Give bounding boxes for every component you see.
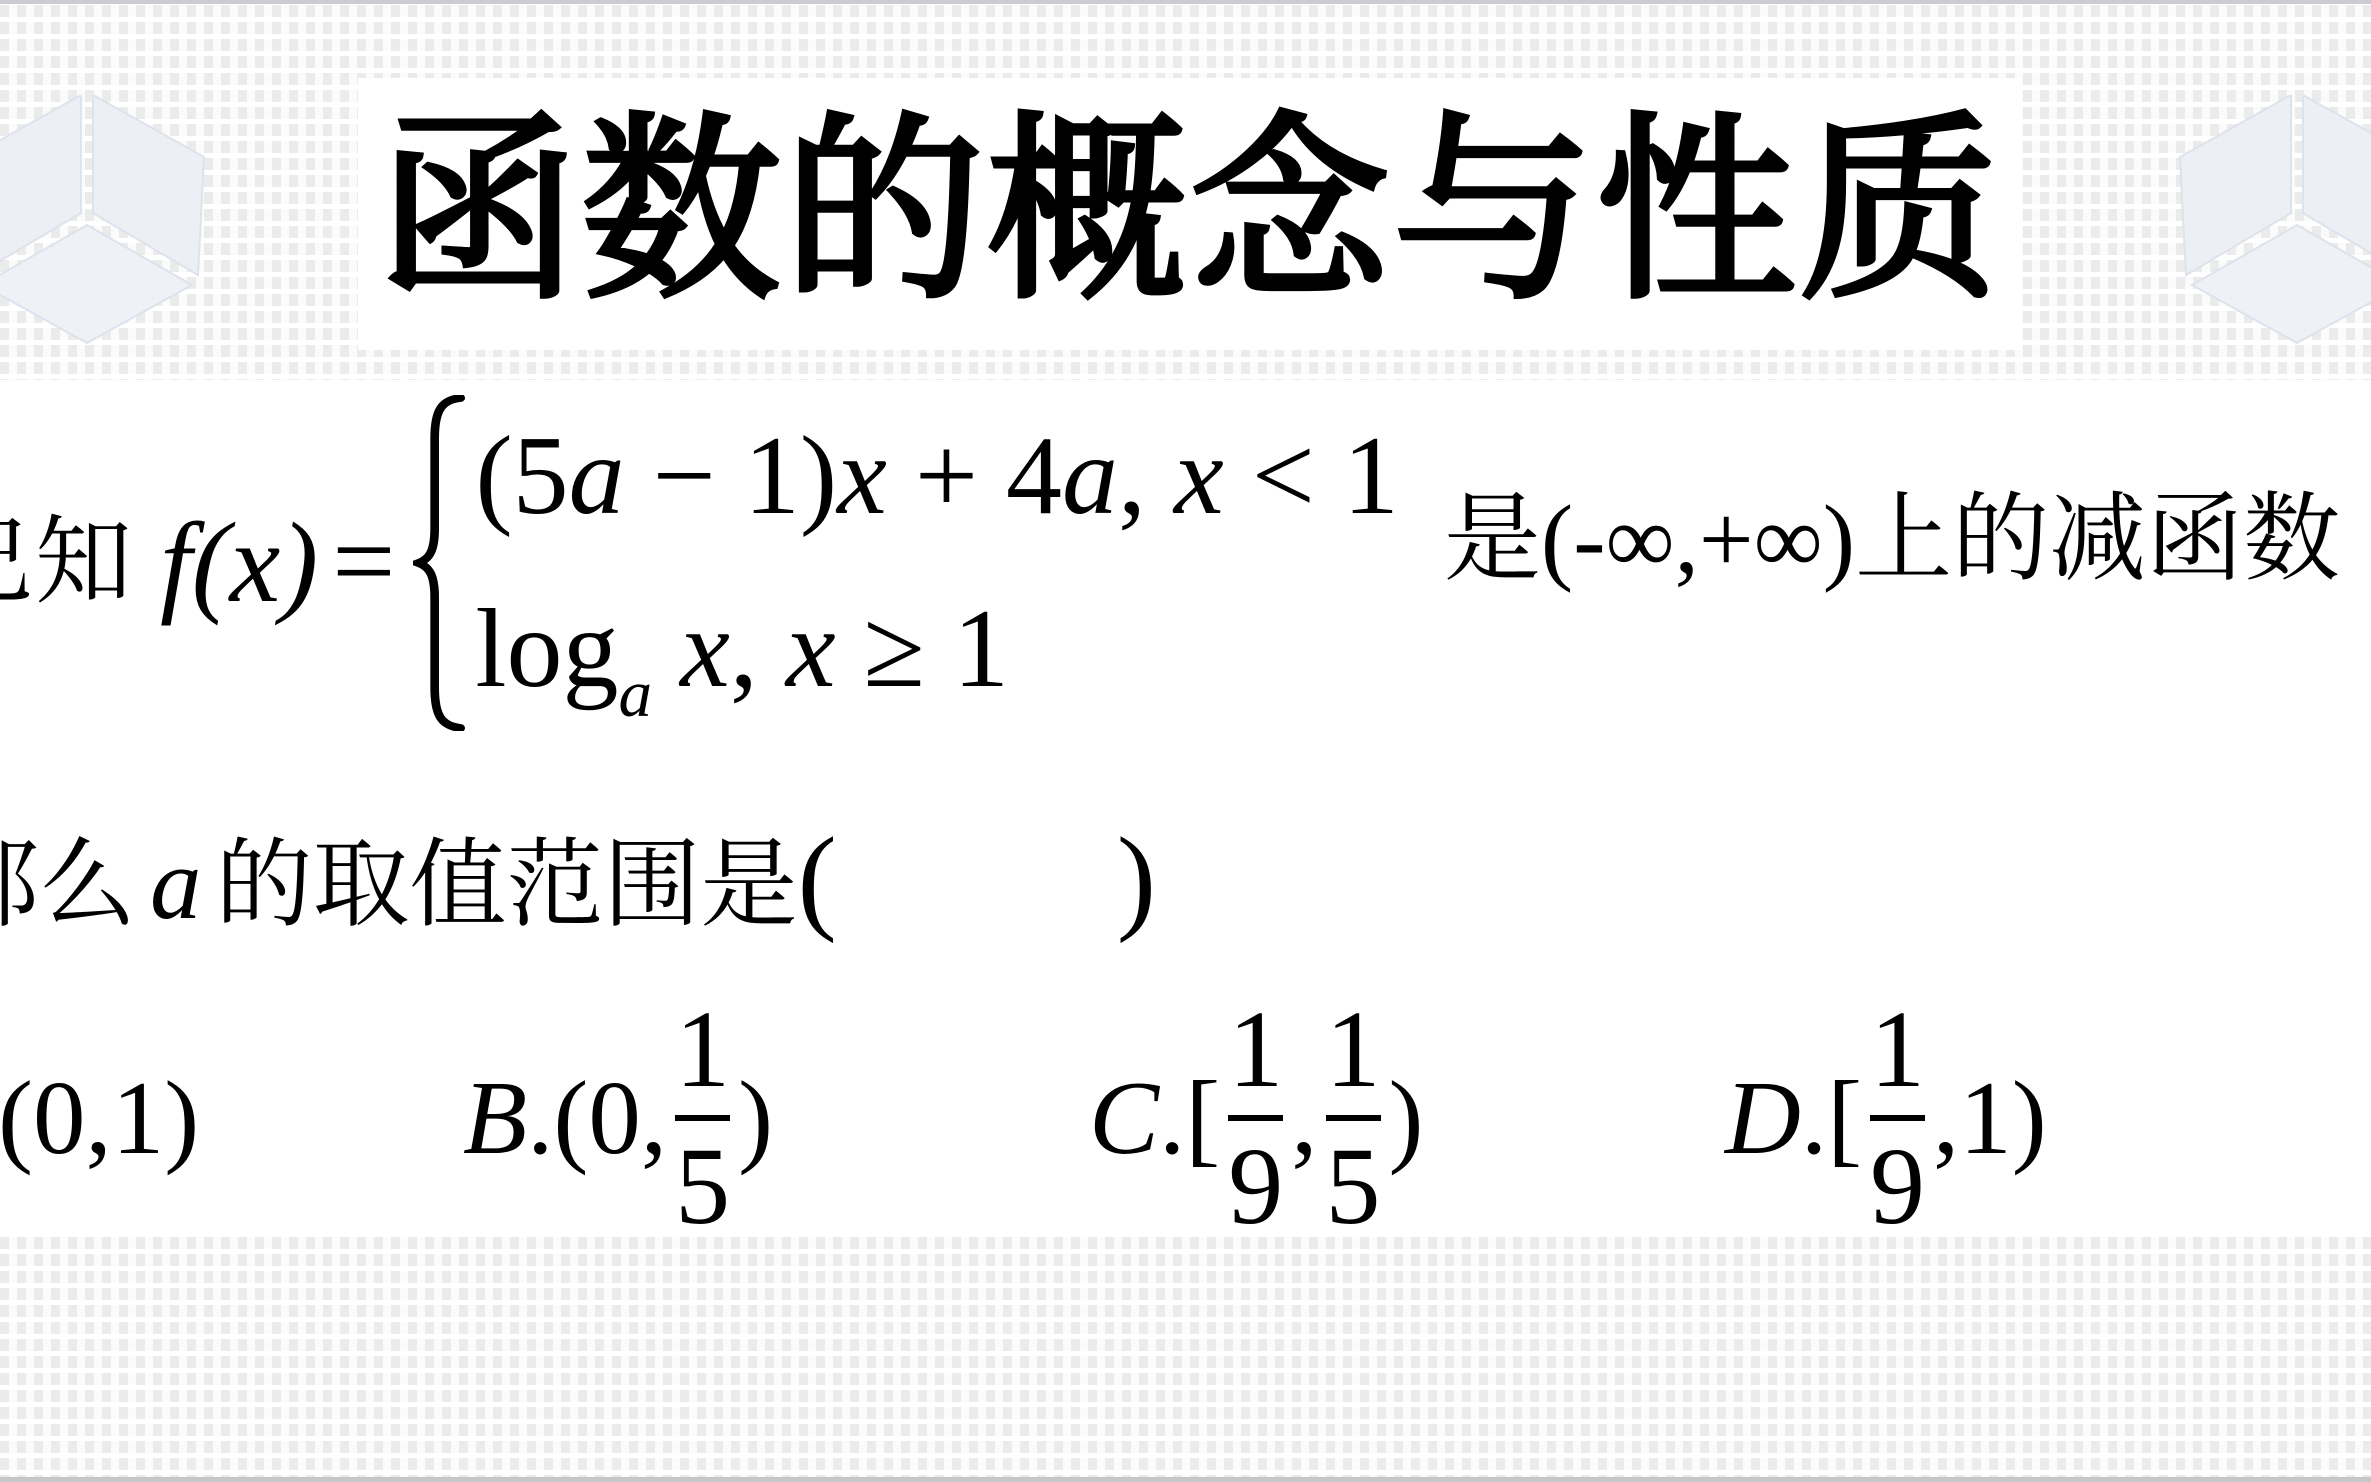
option-d: D.[19,1) bbox=[1725, 975, 2047, 1260]
fraction-denominator: 9 bbox=[1228, 1126, 1283, 1247]
equals-sign: = bbox=[332, 498, 395, 627]
math-variable: a bbox=[1062, 414, 1118, 538]
piece-case-1: (5a − 1)x + 4a, x < 1 bbox=[475, 412, 1399, 541]
math-text: , bbox=[1118, 414, 1174, 538]
decreasing-clause: 是(-∞,+∞)上的减函数 bbox=[1444, 479, 2340, 600]
variable-a: a bbox=[150, 825, 202, 943]
fraction: 15 bbox=[675, 989, 730, 1247]
option-a: (0,1) bbox=[0, 975, 199, 1260]
fraction: 19 bbox=[1870, 989, 1925, 1247]
math-text: .[ bbox=[1801, 1057, 1862, 1178]
math-text: .[ bbox=[1159, 1057, 1220, 1178]
option-b: B.(0,15) bbox=[463, 975, 773, 1260]
math-text: , bbox=[1291, 1057, 1317, 1178]
math-variable: x bbox=[680, 587, 730, 711]
piece-case-2: loga x, x ≥ 1 bbox=[475, 585, 1399, 714]
given-label: 已知 bbox=[0, 502, 132, 623]
fraction-bar bbox=[1326, 1115, 1381, 1121]
header-texture-band: 函数的概念与性质 bbox=[0, 0, 2371, 380]
fraction-numerator: 1 bbox=[1870, 989, 1925, 1110]
math-text: + 4 bbox=[887, 414, 1062, 538]
cube-decoration-right-icon bbox=[2172, 95, 2371, 345]
top-edge-line bbox=[0, 0, 2371, 4]
question-text: 的取值范围是 bbox=[216, 825, 798, 946]
math-variable: a bbox=[569, 414, 625, 538]
math-variable: C bbox=[1089, 1057, 1159, 1178]
math-text: ) bbox=[1389, 1057, 1424, 1178]
fraction-denominator: 5 bbox=[1326, 1126, 1381, 1247]
answer-close-paren: ) bbox=[1117, 805, 1156, 953]
math-variable: x bbox=[786, 587, 836, 711]
math-text: < 1 bbox=[1224, 414, 1399, 538]
question-line: 那么 a 的取值范围是 ( ) bbox=[0, 805, 1156, 953]
fraction-numerator: 1 bbox=[675, 989, 730, 1110]
fraction-numerator: 1 bbox=[1228, 989, 1283, 1110]
piecewise-cases: (5a − 1)x + 4a, x < 1 loga x, x ≥ 1 bbox=[475, 412, 1399, 714]
fraction-bar bbox=[675, 1115, 730, 1121]
math-variable: x bbox=[837, 414, 887, 538]
math-variable: x bbox=[1174, 414, 1224, 538]
math-text bbox=[652, 587, 680, 711]
math-variable: a bbox=[619, 656, 653, 731]
math-variable: B bbox=[463, 1057, 527, 1178]
fraction-numerator: 1 bbox=[1326, 989, 1381, 1110]
math-variable: D bbox=[1725, 1057, 1801, 1178]
slide-title: 函数的概念与性质 bbox=[378, 114, 2002, 314]
fraction: 19 bbox=[1228, 989, 1283, 1247]
fraction-denominator: 9 bbox=[1870, 1126, 1925, 1247]
title-box: 函数的概念与性质 bbox=[358, 78, 2022, 350]
fraction-bar bbox=[1228, 1115, 1283, 1121]
math-text: log bbox=[475, 587, 618, 711]
answer-open-paren: ( bbox=[798, 805, 837, 953]
math-text: , bbox=[730, 587, 786, 711]
fraction-bar bbox=[1870, 1115, 1925, 1121]
math-text: (5 bbox=[475, 414, 568, 538]
math-text: (0,1) bbox=[0, 1057, 199, 1178]
function-notation: f(x) bbox=[160, 497, 318, 628]
option-c: C.[19,15) bbox=[1089, 975, 1423, 1260]
bottom-edge-line bbox=[0, 1477, 2371, 1482]
fraction: 15 bbox=[1326, 989, 1381, 1247]
math-text: ,1) bbox=[1933, 1057, 2047, 1178]
problem-statement: 已知 f(x) = (5a − 1)x + 4a, x < 1 loga x, … bbox=[0, 395, 2340, 730]
question-lead: 那么 bbox=[0, 825, 136, 946]
math-text: − 1) bbox=[625, 414, 837, 538]
math-text: .(0, bbox=[527, 1057, 667, 1178]
fraction-denominator: 5 bbox=[675, 1126, 730, 1247]
piecewise-brace-icon bbox=[413, 395, 465, 731]
math-text: ) bbox=[738, 1057, 773, 1178]
footer-texture-band bbox=[0, 1232, 2371, 1482]
cube-decoration-left-icon bbox=[0, 95, 214, 345]
slide-background: 函数的概念与性质 已知 f(x) = (5a − 1)x + 4a, x < 1… bbox=[0, 0, 2371, 1482]
math-text: ≥ 1 bbox=[836, 587, 1009, 711]
